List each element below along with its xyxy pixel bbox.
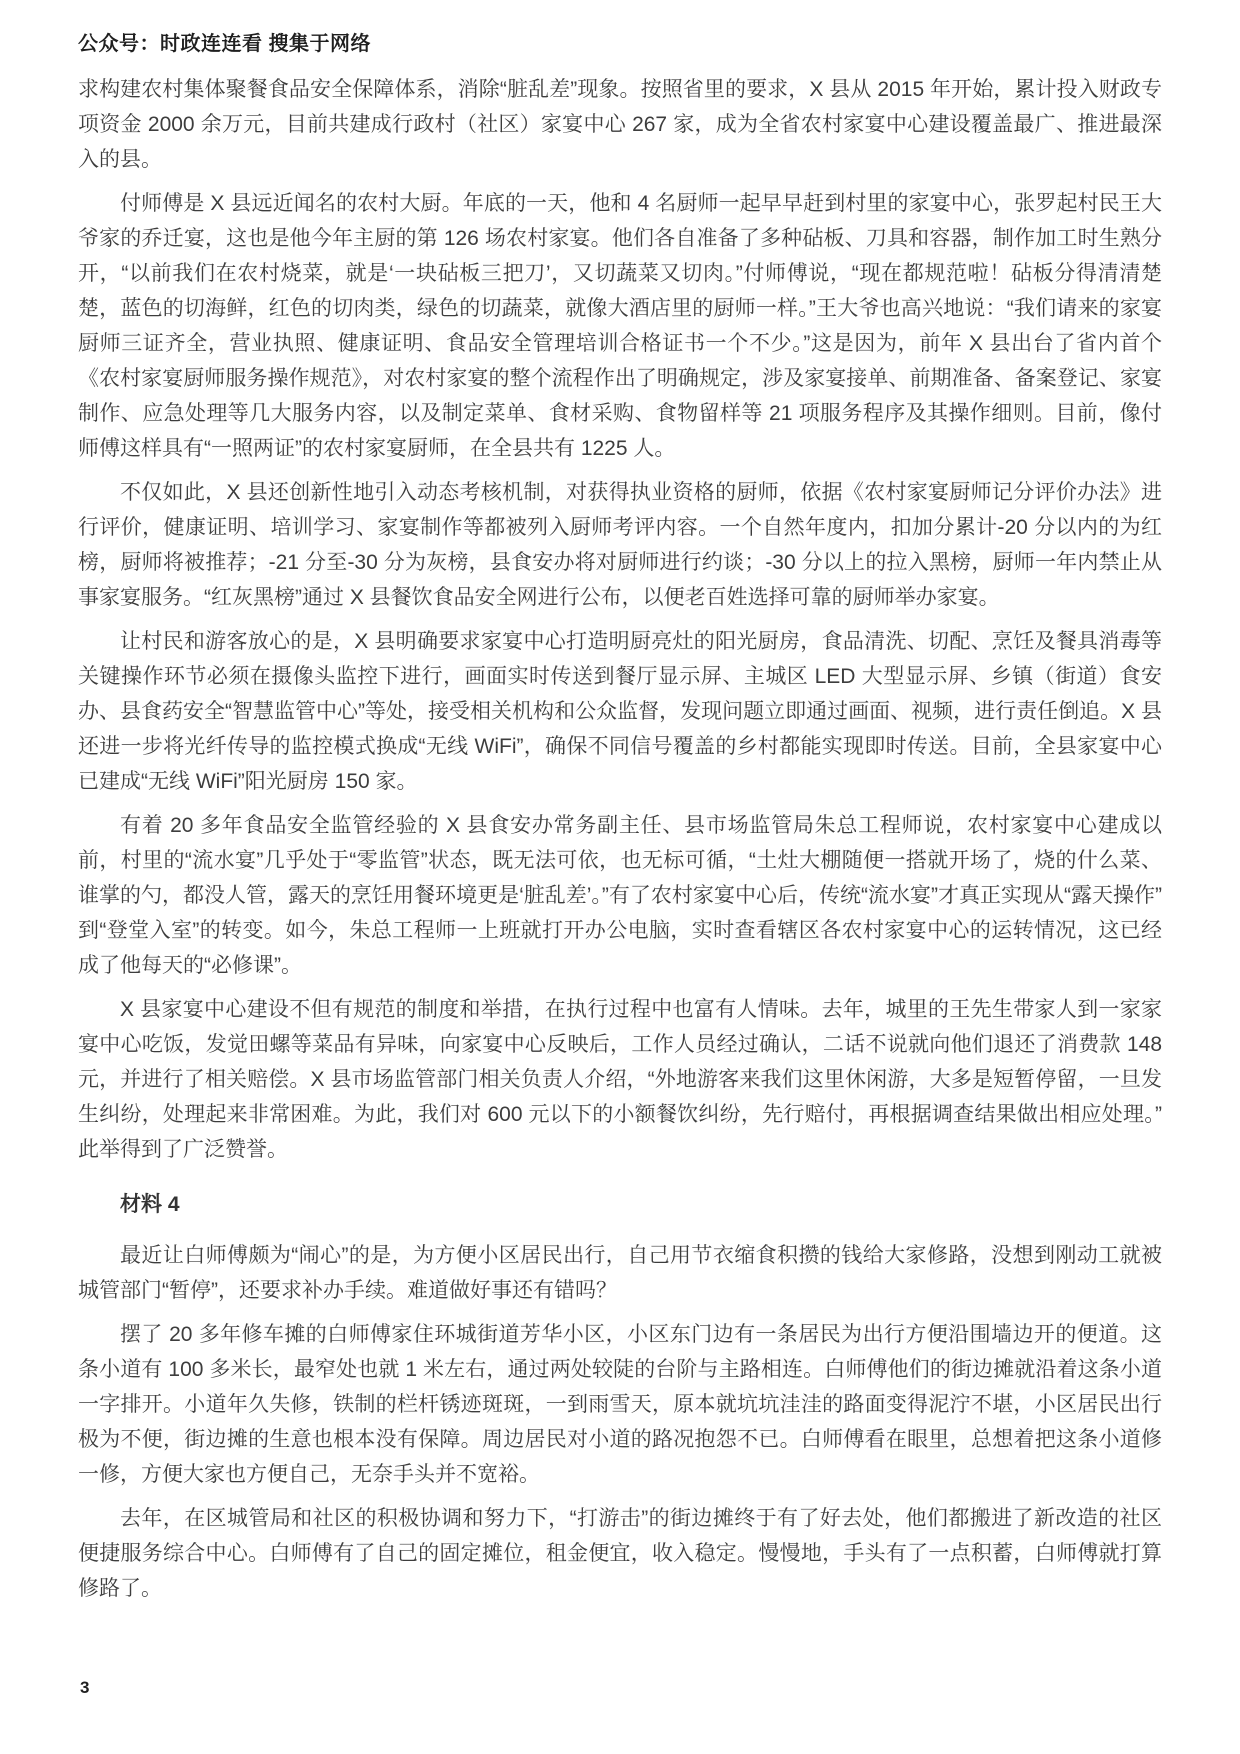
paragraph: 让村民和游客放心的是，X 县明确要求家宴中心打造明厨亮灶的阳光厨房，食品清洗、切… bbox=[78, 624, 1162, 799]
paragraph: 最近让白师傅颇为“闹心”的是，为方便小区居民出行，自己用节衣缩食积攒的钱给大家修… bbox=[78, 1238, 1162, 1308]
paragraph: 摆了 20 多年修车摊的白师傅家住环城街道芳华小区，小区东门边有一条居民为出行方… bbox=[78, 1317, 1162, 1492]
paragraph: 有着 20 多年食品安全监管经验的 X 县食安办常务副主任、县市场监管局朱总工程… bbox=[78, 808, 1162, 983]
page-number: 3 bbox=[80, 1678, 89, 1698]
paragraph: 付师傅是 X 县远近闻名的农村大厨。年底的一天，他和 4 名厨师一起早早赶到村里… bbox=[78, 186, 1162, 466]
document-body: 求构建农村集体聚餐食品安全保障体系，消除“脏乱差”现象。按照省里的要求，X 县从… bbox=[78, 72, 1162, 1606]
document-page: 公众号：时政连连看 搜集于网络 求构建农村集体聚餐食品安全保障体系，消除“脏乱差… bbox=[0, 0, 1240, 1754]
paragraph: 去年，在区城管局和社区的积极协调和努力下，“打游击”的街边摊终于有了好去处，他们… bbox=[78, 1501, 1162, 1606]
paragraph-continuation: 求构建农村集体聚餐食品安全保障体系，消除“脏乱差”现象。按照省里的要求，X 县从… bbox=[78, 72, 1162, 177]
paragraph: 不仅如此，X 县还创新性地引入动态考核机制，对获得执业资格的厨师，依据《农村家宴… bbox=[78, 475, 1162, 615]
material-4-heading: 材料 4 bbox=[78, 1187, 1162, 1222]
paragraph: X 县家宴中心建设不但有规范的制度和举措，在执行过程中也富有人情味。去年，城里的… bbox=[78, 992, 1162, 1167]
page-header-watermark: 公众号：时政连连看 搜集于网络 bbox=[78, 30, 1162, 58]
